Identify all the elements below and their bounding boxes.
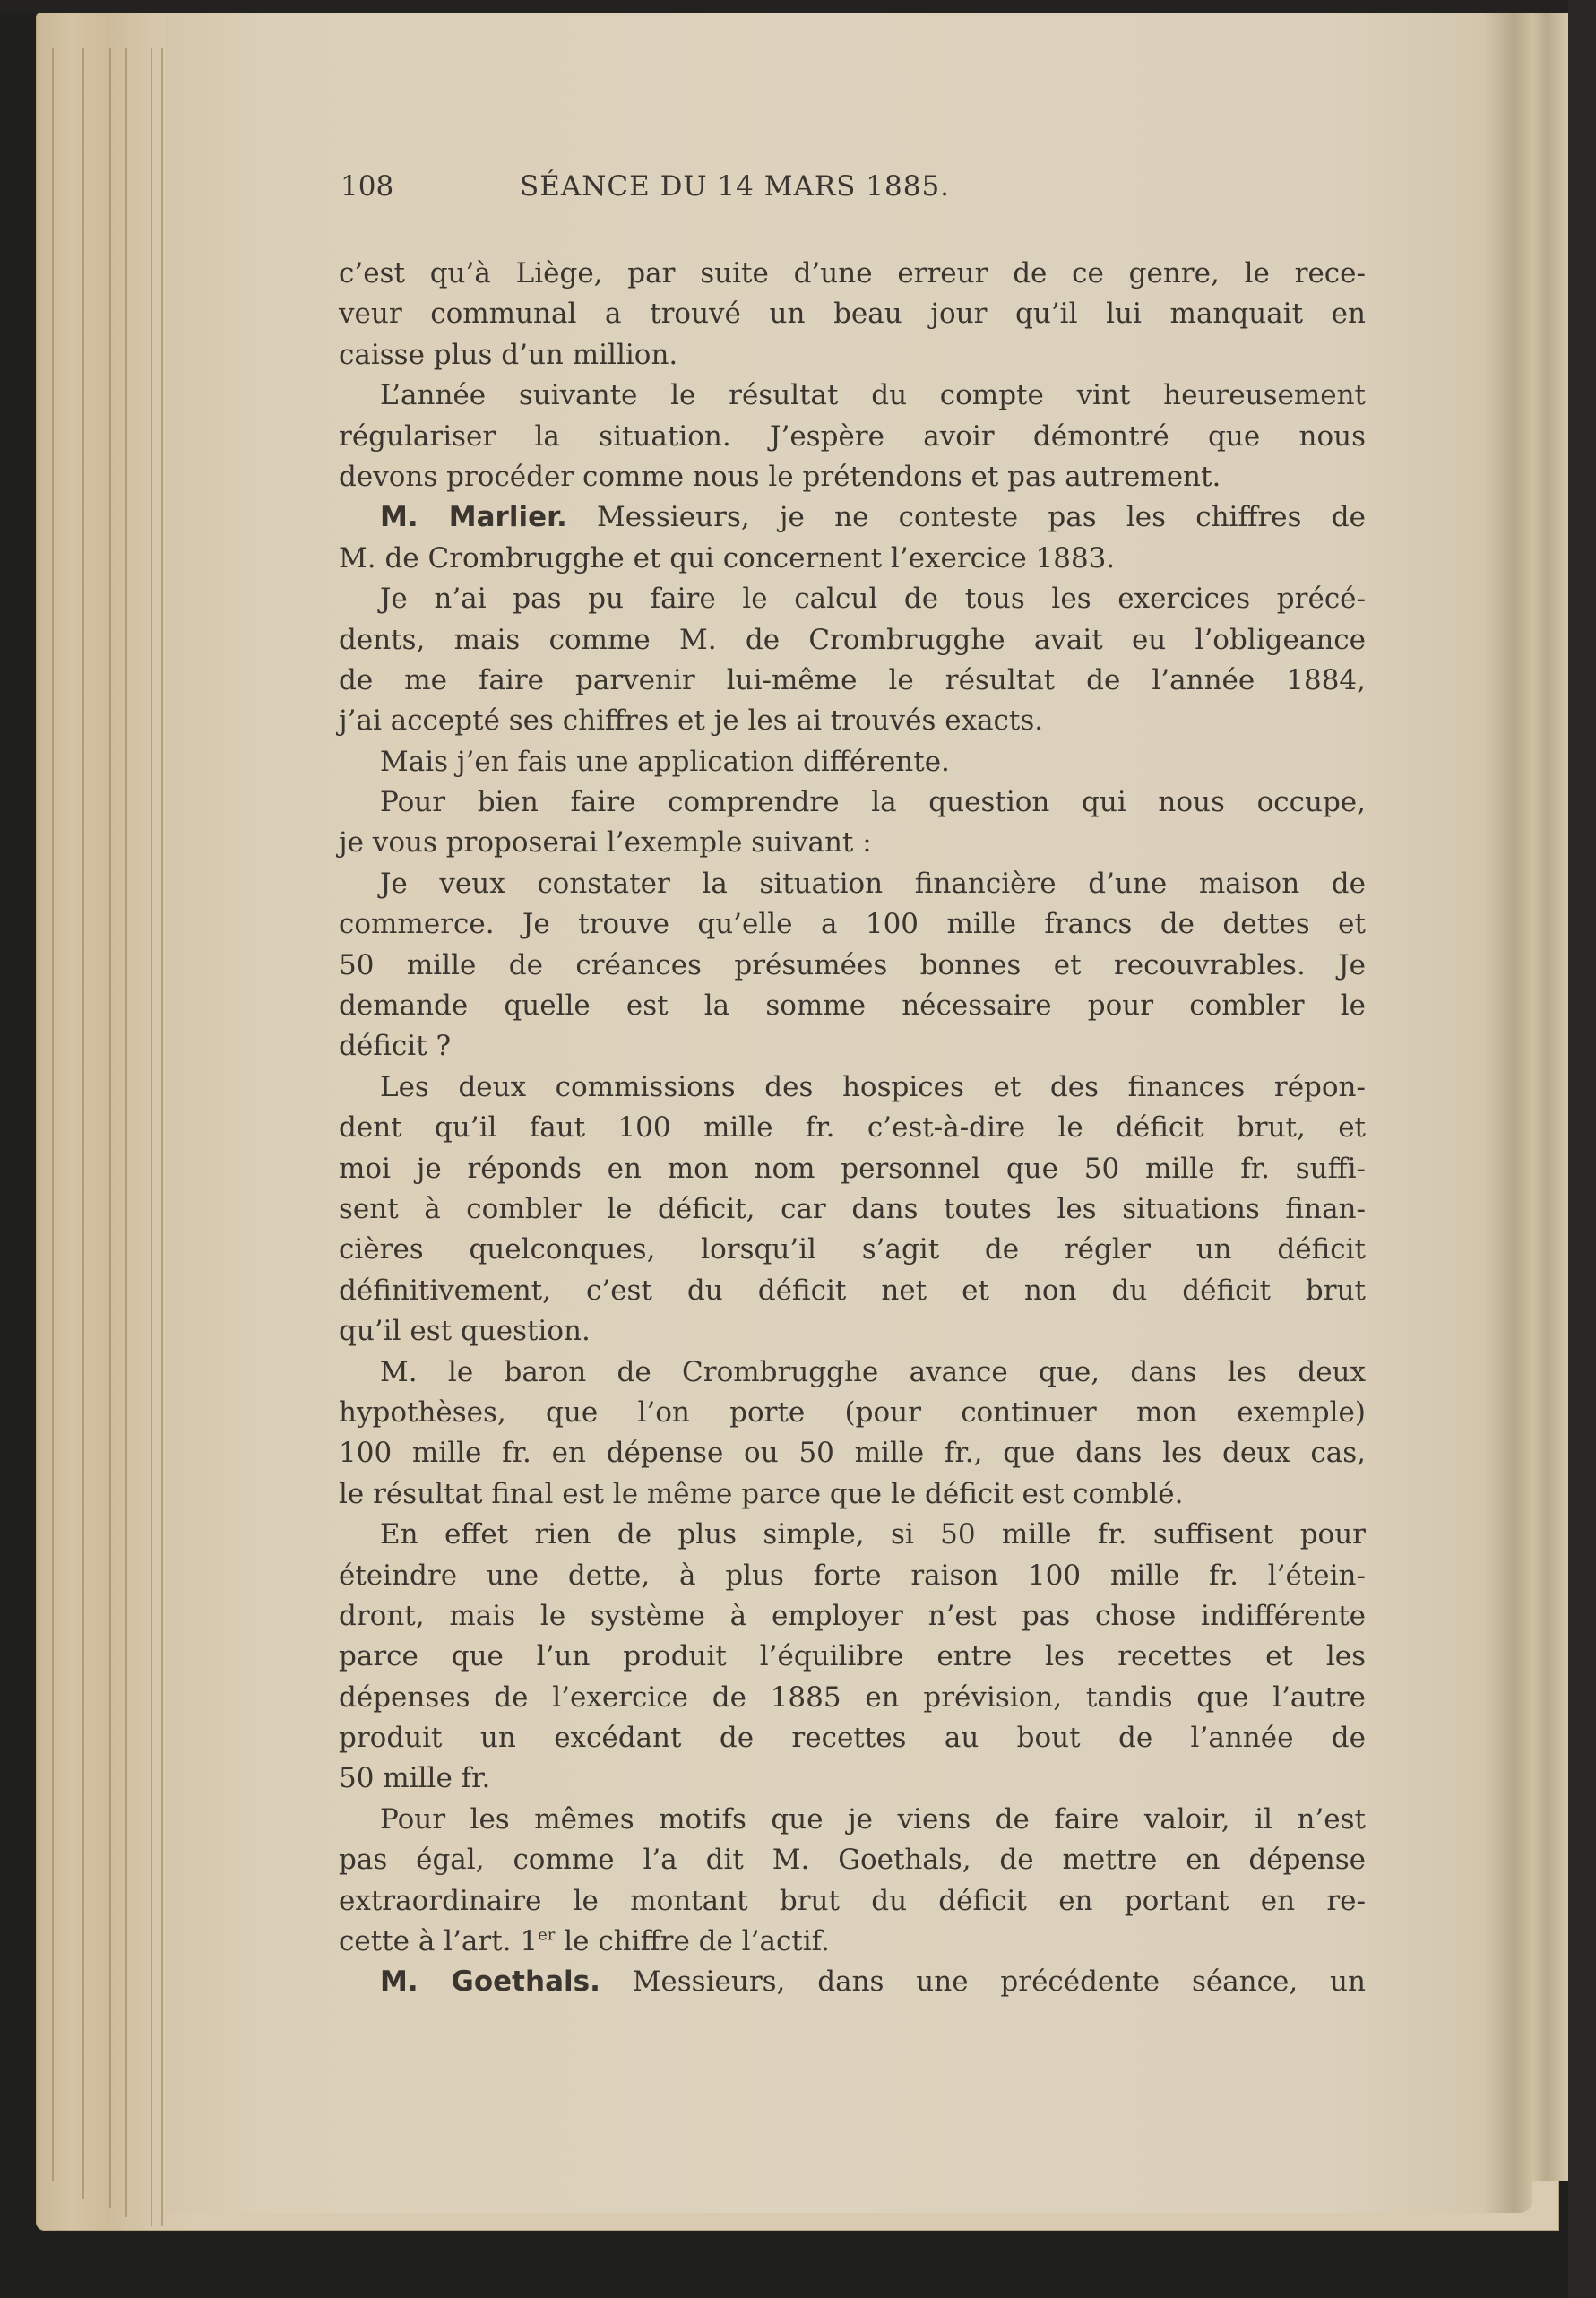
text-line: c’est qu’à Liège, par suite d’une erreur… [339,254,1366,294]
text-line: devons procéder comme nous le prétendons… [339,457,1366,497]
text-line: déficit ? [339,1026,1366,1067]
speaker-name: M. Goethals. [380,1965,600,1998]
text-line: cette à l’art. 1er le chiffre de l’actif… [339,1922,1366,1962]
text-line: j’ai accepté ses chiffres et je les ai t… [339,701,1366,741]
running-head: 108 SÉANCE DU 14 MARS 1885. [341,170,1371,215]
book-gutter [1532,13,1568,2181]
text-line: M. Marlier. Messieurs, je ne conteste pa… [339,497,1366,538]
text-line: M. de Crombrugghe et qui concernent l’ex… [339,539,1366,579]
text-line: 50 mille fr. [339,1758,1366,1799]
text-line: dent qu’il faut 100 mille fr. c’est-à-di… [339,1108,1366,1148]
text-line: cières quelconques, lorsqu’il s’agit de … [339,1230,1366,1270]
text-line: qu’il est question. [339,1311,1366,1352]
text-line: 50 mille de créances présumées bonnes et… [339,946,1366,986]
text-line: veur communal a trouvé un beau jour qu’i… [339,294,1366,334]
page-edge-line [82,48,84,2199]
text-line: M. Goethals. Messieurs, dans une précéde… [339,1962,1366,2002]
text-line: régulariser la situation. J’espère avoir… [339,417,1366,457]
text-line: M. le baron de Crombrugghe avance que, d… [339,1352,1366,1393]
page-edge-line [109,48,111,2208]
text-line: demande quelle est la somme nécessaire p… [339,986,1366,1026]
scan-background-right [1568,0,1596,2298]
running-title: SÉANCE DU 14 MARS 1885. [520,170,950,203]
page-edge-line [161,48,163,2226]
text-line: caisse plus d’un million. [339,335,1366,376]
text-line: Je veux constater la situation financièr… [339,864,1366,904]
text-line: dépenses de l’exercice de 1885 en prévis… [339,1678,1366,1718]
text-line: hypothèses, que l’on porte (pour continu… [339,1393,1366,1433]
text-line: Les deux commissions des hospices et des… [339,1067,1366,1108]
page-edge-line [52,48,54,2181]
text-line: définitivement, c’est du déficit net et … [339,1271,1366,1311]
body-text: c’est qu’à Liège, par suite d’une erreur… [339,254,1366,2003]
text-line: moi je réponds en mon nom personnel que … [339,1149,1366,1189]
text-line: L’année suivante le résultat du compte v… [339,376,1366,416]
text-line: extraordinaire le montant brut du défici… [339,1881,1366,1922]
page-edge-line [125,48,127,2217]
text-line: je vous proposerai l’exemple suivant : [339,823,1366,863]
text-line: Je n’ai pas pu faire le calcul de tous l… [339,579,1366,619]
page-edge-line [151,48,152,2226]
text-line: Mais j’en fais une application différent… [339,742,1366,782]
page-number: 108 [341,170,393,203]
text-line: pas égal, comme l’a dit M. Goethals, de … [339,1840,1366,1880]
text-line: sent à combler le déficit, car dans tout… [339,1189,1366,1230]
speaker-name: M. Marlier. [380,501,567,533]
text-line: En effet rien de plus simple, si 50 mill… [339,1515,1366,1555]
scan-background-top [0,0,1596,13]
text-line: de me faire parvenir lui-même le résulta… [339,661,1366,701]
superscript: er [538,1926,555,1945]
text-line: le résultat final est le même parce que … [339,1474,1366,1515]
text-line: dront, mais le système à employer n’est … [339,1596,1366,1637]
text-line: parce que l’un produit l’équilibre entre… [339,1637,1366,1677]
text-line: produit un excédant de recettes au bout … [339,1718,1366,1758]
text-line: Pour bien faire comprendre la question q… [339,782,1366,823]
text-line: commerce. Je trouve qu’elle a 100 mille … [339,904,1366,945]
text-line: Pour les mêmes motifs que je viens de fa… [339,1800,1366,1840]
text-line: éteindre une dette, à plus forte raison … [339,1556,1366,1596]
text-line: dents, mais comme M. de Crombrugghe avai… [339,620,1366,661]
text-line: 100 mille fr. en dépense ou 50 mille fr.… [339,1433,1366,1473]
